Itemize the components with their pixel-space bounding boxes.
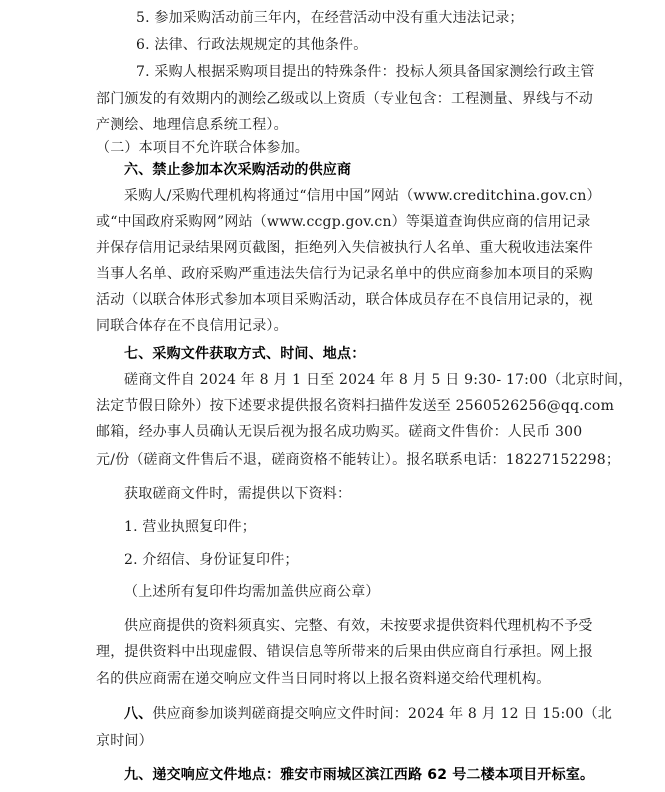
section-7-line: 磋商文件自 2024 年 8 月 1 日至 2024 年 8 月 5 日 9:3…	[124, 371, 633, 389]
section-8-text: 供应商参加谈判磋商提交响应文件时间：2024 年 8 月 12 日 15:00（…	[152, 706, 612, 722]
section-8-heading: 八、	[124, 706, 152, 722]
section-8-line: 八、供应商参加谈判磋商提交响应文件时间：2024 年 8 月 12 日 15:0…	[124, 705, 612, 723]
section-6-line: 或“中国政府采购网”网站（www.ccgp.gov.cn）等渠道查询供应商的信用…	[96, 213, 590, 231]
list-item-7-cont-1: 部门颁发的有效期内的测绘乙级或以上资质（专业包含：工程测量、界线与不动	[96, 90, 593, 108]
consortium-note: （二）本项目不允许联合体参加。	[96, 139, 309, 157]
list-item-7: 7. 采购人根据采购项目提出的特殊条件：投标人须具备国家测绘行政主管	[136, 63, 595, 81]
section-8-line-cont: 京时间）	[96, 732, 153, 750]
list-item-6: 6. 法律、行政法规规定的其他条件。	[136, 36, 367, 54]
material-item: 1. 营业执照复印件；	[124, 518, 256, 536]
materials-note: （上述所有复印件均需加盖供应商公章）	[124, 583, 380, 601]
list-item-7-cont-2: 产测绘、地理信息系统工程）。	[96, 116, 288, 134]
notice-line: 供应商提供的资料须真实、完整、有效，未按要求提供资料代理机构不予受	[124, 617, 593, 635]
material-item: 2. 介绍信、身份证复印件；	[124, 551, 299, 569]
section-6-line: 采购人/采购代理机构将通过“信用中国”网站（www.creditchina.go…	[124, 187, 601, 205]
section-7-line: 法定节假日除外）按下述要求提供报名资料扫描件发送至 2560526256@qq.…	[96, 397, 614, 415]
section-9-heading: 九、递交响应文件地点：雅安市雨城区滨江西路 62 号二楼本项目开标室。	[124, 766, 594, 784]
list-item-5: 5. 参加采购活动前三年内，在经营活动中没有重大违法记录；	[136, 9, 524, 27]
section-6-heading: 六、禁止参加本次采购活动的供应商	[124, 161, 351, 179]
section-6-line: 当事人名单、政府采购严重违法失信行为记录名单中的供应商参加本项目的采购	[96, 265, 593, 283]
section-7-heading: 七、采购文件获取方式、时间、地点：	[124, 345, 365, 363]
section-6-line: 同联合体存在不良信用记录）。	[96, 317, 288, 335]
notice-line: 名的供应商需在递交响应文件当日同时将以上报名资料递交给代理机构。	[96, 670, 550, 688]
section-6-line: 并保存信用记录结果网页截图，拒绝列入失信被执行人名单、重大税收违法案件	[96, 239, 593, 257]
section-7-line: 邮箱，经办事人员确认无误后视为报名成功购买。磋商文件售价：人民币 300	[96, 423, 582, 441]
notice-line: 理，提供资料中出现虚假、错误信息等所带来的后果由供应商自行承担。网上报	[96, 643, 593, 661]
materials-intro: 获取磋商文件时，需提供以下资料：	[124, 485, 351, 503]
section-7-line: 元/份（磋商文件售后不退，磋商资格不能转让）。报名联系电话：1822715229…	[96, 451, 620, 469]
section-6-line: 活动（以联合体形式参加本项目采购活动，联合体成员存在不良信用记录的，视	[96, 291, 593, 309]
